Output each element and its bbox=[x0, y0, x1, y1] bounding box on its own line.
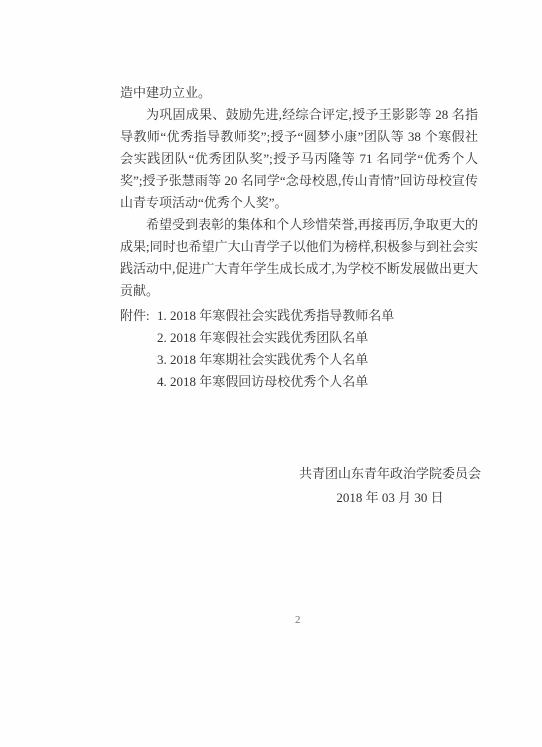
attachments-label: 附件: bbox=[120, 305, 157, 393]
page-number: 2 bbox=[295, 613, 301, 627]
signature-date: 2018 年 03 月 30 日 bbox=[299, 486, 481, 510]
attachment-item: 1. 2018 年寒假社会实践优秀指导教师名单 bbox=[157, 305, 478, 327]
paragraph-hope: 希望受到表彰的集体和个人珍惜荣誉,再接再厉,争取更大的成果;同时也希望广大山青学… bbox=[120, 214, 478, 302]
document-page: 造中建功立业。 为巩固成果、鼓励先进,经综合评定,授予王影影等 28 名指导教师… bbox=[0, 0, 542, 747]
paragraph-awards: 为巩固成果、鼓励先进,经综合评定,授予王影影等 28 名指导教师“优秀指导教师奖… bbox=[120, 104, 478, 214]
attachment-item: 4. 2018 年寒假回访母校优秀个人名单 bbox=[157, 371, 478, 393]
paragraph-continuation: 造中建功立业。 bbox=[120, 82, 478, 104]
attachment-item: 2. 2018 年寒假社会实践优秀团队名单 bbox=[157, 327, 478, 349]
attachments-block: 附件: 1. 2018 年寒假社会实践优秀指导教师名单2. 2018 年寒假社会… bbox=[120, 305, 478, 393]
attachments-list: 1. 2018 年寒假社会实践优秀指导教师名单2. 2018 年寒假社会实践优秀… bbox=[157, 305, 478, 393]
signature-organization: 共青团山东青年政治学院委员会 bbox=[299, 462, 481, 486]
document-body: 造中建功立业。 为巩固成果、鼓励先进,经综合评定,授予王影影等 28 名指导教师… bbox=[120, 82, 478, 393]
attachment-item: 3. 2018 年寒期社会实践优秀个人名单 bbox=[157, 349, 478, 371]
signature-block: 共青团山东青年政治学院委员会 2018 年 03 月 30 日 bbox=[299, 462, 481, 510]
